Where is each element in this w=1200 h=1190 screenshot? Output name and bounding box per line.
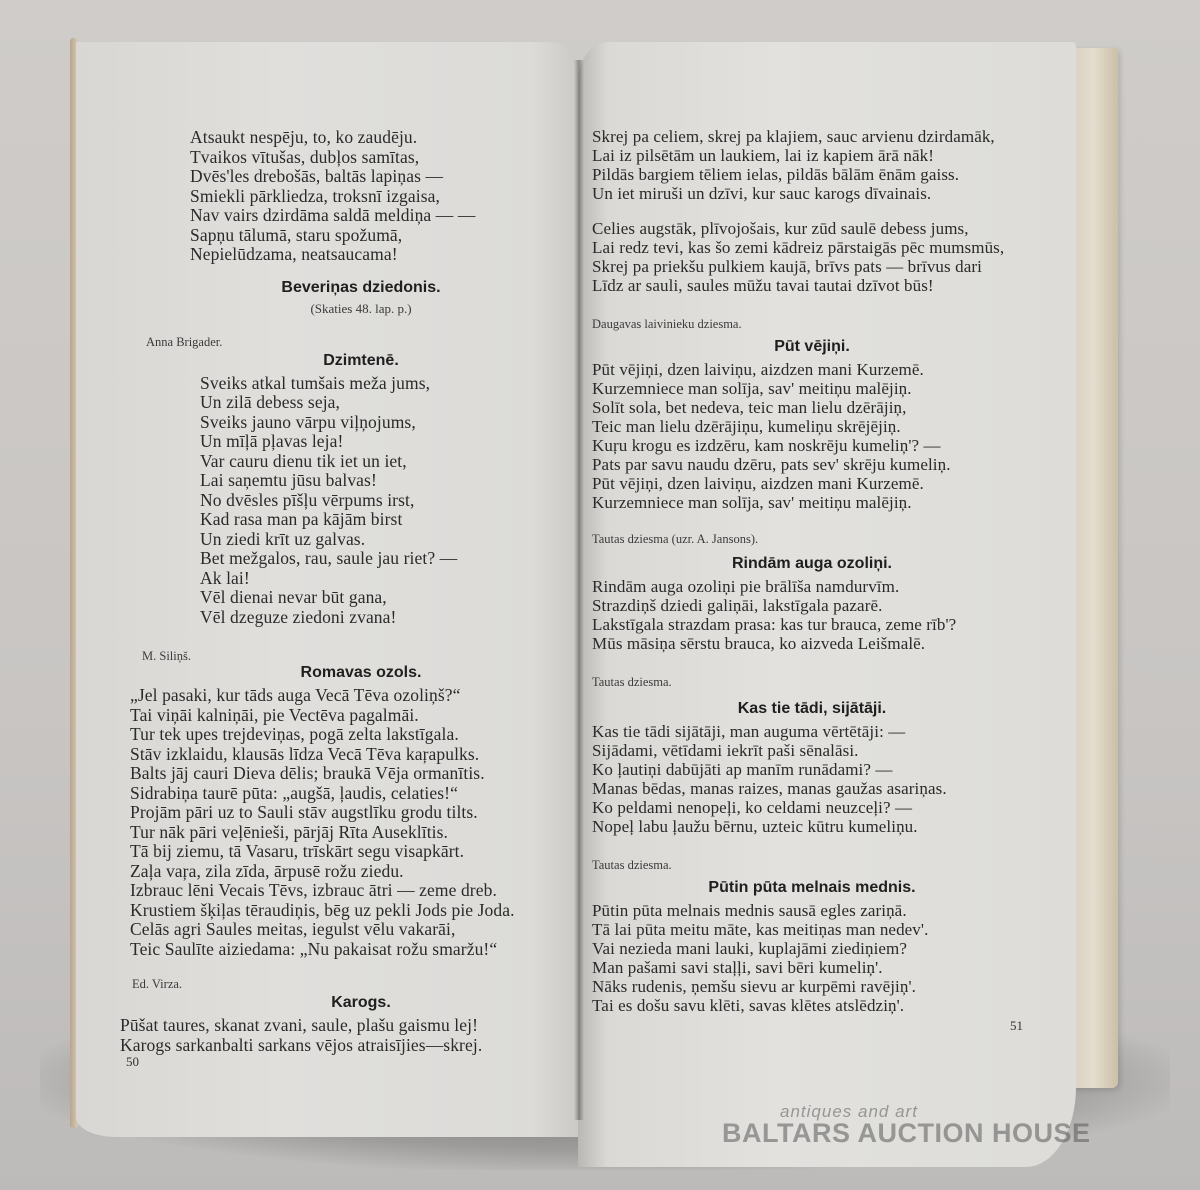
verse-line: Tai viņāi kalniņāi, pie Vectēva pagalmāi… bbox=[130, 706, 596, 726]
verse-line: Nāks rudenis, ņemšu sievu ar kurpēmi rav… bbox=[592, 977, 1032, 996]
verse-line: Lai redz tevi, kas šo zemi kādreiz pārst… bbox=[592, 238, 1076, 257]
verse-line: Krustiem šķiļas tēraudiņis, bēg uz pekli… bbox=[130, 901, 596, 921]
verse-line: Izbrauc lēni Vecais Tēvs, izbrauc ātri —… bbox=[130, 881, 596, 901]
verse-line: Un iet miruši un dzīvi, kur sauc karogs … bbox=[592, 184, 1076, 203]
verse-line: Karogs sarkanbalti sarkans vējos atraisī… bbox=[120, 1036, 596, 1056]
verse-line: Tai es došu savu klēti, savas klētes ats… bbox=[592, 996, 1032, 1015]
verse-line: Līdz ar sauli, saules mūžu tavai tautai … bbox=[592, 276, 1076, 295]
verse-line: Man pašami savi staļļi, savi bēri kumeli… bbox=[592, 958, 1032, 977]
poem-author: Daugavas laivinieku dziesma. bbox=[592, 317, 1032, 332]
poem-karogs: Ed. Virza. Karogs. Pūšat taures, skanat … bbox=[126, 977, 596, 1055]
verse-line: Skrej pa priekšu pulkiem kaujā, brīvs pa… bbox=[592, 257, 1076, 276]
verse-line: Tur nāk pāri veļēnieši, pārjāj Rīta Ause… bbox=[130, 823, 596, 843]
verse-line: No dvēsles pīšļu vērpums irst, bbox=[200, 491, 596, 511]
poem-author: Ed. Virza. bbox=[132, 977, 596, 992]
verse-line: Teic man lielu dzērājiņu, kumeliņu skrēj… bbox=[592, 417, 1032, 436]
verse-line: Vēl dzeguze ziedoni zvana! bbox=[200, 608, 596, 628]
verse-line: Sveiks atkal tumšais meža jums, bbox=[200, 374, 596, 394]
verse-line: Nepielūdzama, neatsaucama! bbox=[190, 245, 582, 265]
opening-stanza: Atsaukt nespēju, to, ko zaudēju. Tvaikos… bbox=[126, 128, 582, 265]
verse-line: Var cauru dienu tik iet un iet, bbox=[200, 452, 596, 472]
book-gutter bbox=[574, 60, 584, 1120]
verse-line: Pats par savu naudu dzēru, pats sev' skr… bbox=[592, 455, 1032, 474]
verse-line: Atsaukt nespēju, to, ko zaudēju. bbox=[190, 128, 582, 148]
poem-put-vejini: Daugavas laivinieku dziesma. Pūt vējiņi.… bbox=[592, 317, 1032, 512]
poem-author: Tautas dziesma (uzr. A. Jansons). bbox=[592, 532, 1032, 547]
verse-line: Bet mežgalos, rau, saule jau riet? — bbox=[200, 549, 596, 569]
verse-line: Projām pāri uz to Sauli stāv augstlīku g… bbox=[130, 803, 596, 823]
poem-note: (Skaties 48. lap. p.) bbox=[126, 301, 596, 317]
poem-title: Rindām auga ozoliņi. bbox=[592, 555, 1032, 573]
poem-title: Beveriņas dziedonis. bbox=[126, 279, 596, 297]
poem-author: Tautas dziesma. bbox=[592, 858, 1032, 873]
left-page: Atsaukt nespēju, to, ko zaudēju. Tvaikos… bbox=[76, 42, 582, 1137]
verse-line: Nopeļ labu ļaužu bērnu, uzteic kūtru kum… bbox=[592, 817, 1032, 836]
verse-line: Sijādami, vētīdami iekrīt paši sēnalāsi. bbox=[592, 741, 1032, 760]
verse-line: Tur tek upes trejdeviņas, pogā zelta lak… bbox=[130, 725, 596, 745]
verse-line: Tvaikos vītušas, dubļos samītas, bbox=[190, 148, 582, 168]
verse-line: Celās agri Saules meitas, iegulst vēlu v… bbox=[130, 920, 596, 940]
poem-title: Romavas ozols. bbox=[126, 664, 596, 682]
verse-line: Strazdiņš dziedi galiņāi, lakstīgala paz… bbox=[592, 596, 1032, 615]
verse-line: Ko ļautiņi dabūjāti ap manīm runādami? — bbox=[592, 760, 1032, 779]
verse-line: Manas bēdas, manas raizes, manas gaužas … bbox=[592, 779, 1032, 798]
verse-line: Stāv izklaidu, klausās līdza Vecā Tēva k… bbox=[130, 745, 596, 765]
verse-line: Sveiks jauno vārpu viļņojums, bbox=[200, 413, 596, 433]
book-cover-edge-right bbox=[1070, 48, 1118, 1088]
verse-line: Teic Saulīte aiziedama: „Nu pakaisat rož… bbox=[130, 940, 596, 960]
verse-line: Kad rasa man pa kājām birst bbox=[200, 510, 596, 530]
verse-line: Balts jāj cauri Dieva dēlis; braukā Vēja… bbox=[130, 764, 596, 784]
verse-line: Pūtin pūta melnais mednis sausā egles za… bbox=[592, 901, 1032, 920]
verse-line: Un ziedi krīt uz galvas. bbox=[200, 530, 596, 550]
verse-line: Lakstīgala strazdam prasa: kas tur brauc… bbox=[592, 615, 1032, 634]
right-page: Skrej pa celiem, skrej pa klajiem, sauc … bbox=[578, 42, 1076, 1167]
poem-title: Pūtin pūta melnais mednis. bbox=[592, 879, 1032, 897]
poem-author: Anna Brigader. bbox=[146, 335, 596, 350]
poem-putin-puta-melnais-mednis: Tautas dziesma. Pūtin pūta melnais medni… bbox=[592, 858, 1032, 1015]
verse-line: „Jel pasaki, kur tāds auga Vecā Tēva ozo… bbox=[130, 686, 596, 706]
poem-kas-tie-tadi-sijataji: Tautas dziesma. Kas tie tādi, sijātāji. … bbox=[592, 675, 1032, 836]
poem-author: M. Siliņš. bbox=[142, 649, 596, 664]
poem-title: Dzimtenē. bbox=[126, 352, 596, 370]
verse-line: Kuŗu krogu es izdzēru, kam noskrēju kume… bbox=[592, 436, 1032, 455]
verse-line: Mūs māsiņa sērstu brauca, ko aizveda Lei… bbox=[592, 634, 1032, 653]
verse-line: Un zilā debess seja, bbox=[200, 393, 596, 413]
verse-line: Zaļa vaŗa, zila zīda, ārpusē rožu ziedu. bbox=[130, 862, 596, 882]
poem-title: Kas tie tādi, sijātāji. bbox=[592, 700, 1032, 718]
poem-rindam-auga-ozolini: Tautas dziesma (uzr. A. Jansons). Rindām… bbox=[592, 532, 1032, 653]
verse-line: Dvēs'les drebošās, baltās lapiņas — bbox=[190, 167, 582, 187]
verse-line: Nav vairs dzirdāma saldā meldiņa — — bbox=[190, 206, 582, 226]
verse-line: Ak lai! bbox=[200, 569, 596, 589]
verse-line: Pildās bargiem tēliem ielas, pildās bālā… bbox=[592, 165, 1076, 184]
verse-line: Rindām auga ozoliņi pie brālīša namdurvī… bbox=[592, 577, 1032, 596]
poem-title: Pūt vējiņi. bbox=[592, 338, 1032, 356]
verse-line: Pūt vējiņi, dzen laiviņu, aizdzen mani K… bbox=[592, 360, 1032, 379]
verse-line: Pūt vējiņi, dzen laiviņu, aizdzen mani K… bbox=[592, 474, 1032, 493]
verse-line: Vai nezieda mani lauki, kuplajāmi ziediņ… bbox=[592, 939, 1032, 958]
verse-line: Sapņu tālumā, staru spožumā, bbox=[190, 226, 582, 246]
verse-line: Tā lai pūta meitu māte, kas meitiņas man… bbox=[592, 920, 1032, 939]
page-number-left: 50 bbox=[126, 1054, 139, 1070]
verse-line: Skrej pa celiem, skrej pa klajiem, sauc … bbox=[592, 127, 1076, 146]
poem-beverinas-dziedonis: Beveriņas dziedonis. (Skaties 48. lap. p… bbox=[126, 279, 596, 317]
stanza-gap bbox=[592, 203, 1076, 219]
page-number-right: 51 bbox=[1010, 1018, 1023, 1034]
poem-romavas-ozols: M. Siliņš. Romavas ozols. „Jel pasaki, k… bbox=[126, 649, 596, 959]
karogs-continued: Skrej pa celiem, skrej pa klajiem, sauc … bbox=[592, 127, 1076, 295]
watermark-brand: BALTARS AUCTION HOUSE bbox=[722, 1118, 1091, 1149]
watermark: antiques and art BALTARS AUCTION HOUSE bbox=[722, 1102, 1091, 1149]
verse-line: Pūšat taures, skanat zvani, saule, plašu… bbox=[120, 1016, 596, 1036]
verse-line: Vēl dienai nevar būt gana, bbox=[200, 588, 596, 608]
verse-line: Tā bij ziemu, tā Vasaru, trīskārt segu v… bbox=[130, 842, 596, 862]
verse-line: Lai saņemtu jūsu balvas! bbox=[200, 471, 596, 491]
verse-line: Celies augstāk, plīvojošais, kur zūd sau… bbox=[592, 219, 1076, 238]
verse-line: Kas tie tādi sijātāji, man auguma vērtēt… bbox=[592, 722, 1032, 741]
poem-dzimtene: Anna Brigader. Dzimtenē. Sveiks atkal tu… bbox=[126, 335, 596, 628]
verse-line: Kurzemniece man solīja, sav' meitiņu mal… bbox=[592, 379, 1032, 398]
verse-line: Smiekli pārkliedza, troksnī izgaisa, bbox=[190, 187, 582, 207]
verse-line: Ko peldami nenopeļi, ko celdami neuzceļi… bbox=[592, 798, 1032, 817]
verse-line: Un mīļā pļavas leja! bbox=[200, 432, 596, 452]
verse-line: Solīt sola, bet nedeva, teic man lielu d… bbox=[592, 398, 1032, 417]
verse-line: Sidrabiņa taurē pūta: „augšā, ļaudis, ce… bbox=[130, 784, 596, 804]
poem-author: Tautas dziesma. bbox=[592, 675, 1032, 690]
verse-line: Kurzemniece man solīja, sav' meitiņu mal… bbox=[592, 493, 1032, 512]
poem-title: Karogs. bbox=[126, 994, 596, 1012]
verse-line: Lai iz pilsētām un laukiem, lai iz kapie… bbox=[592, 146, 1076, 165]
